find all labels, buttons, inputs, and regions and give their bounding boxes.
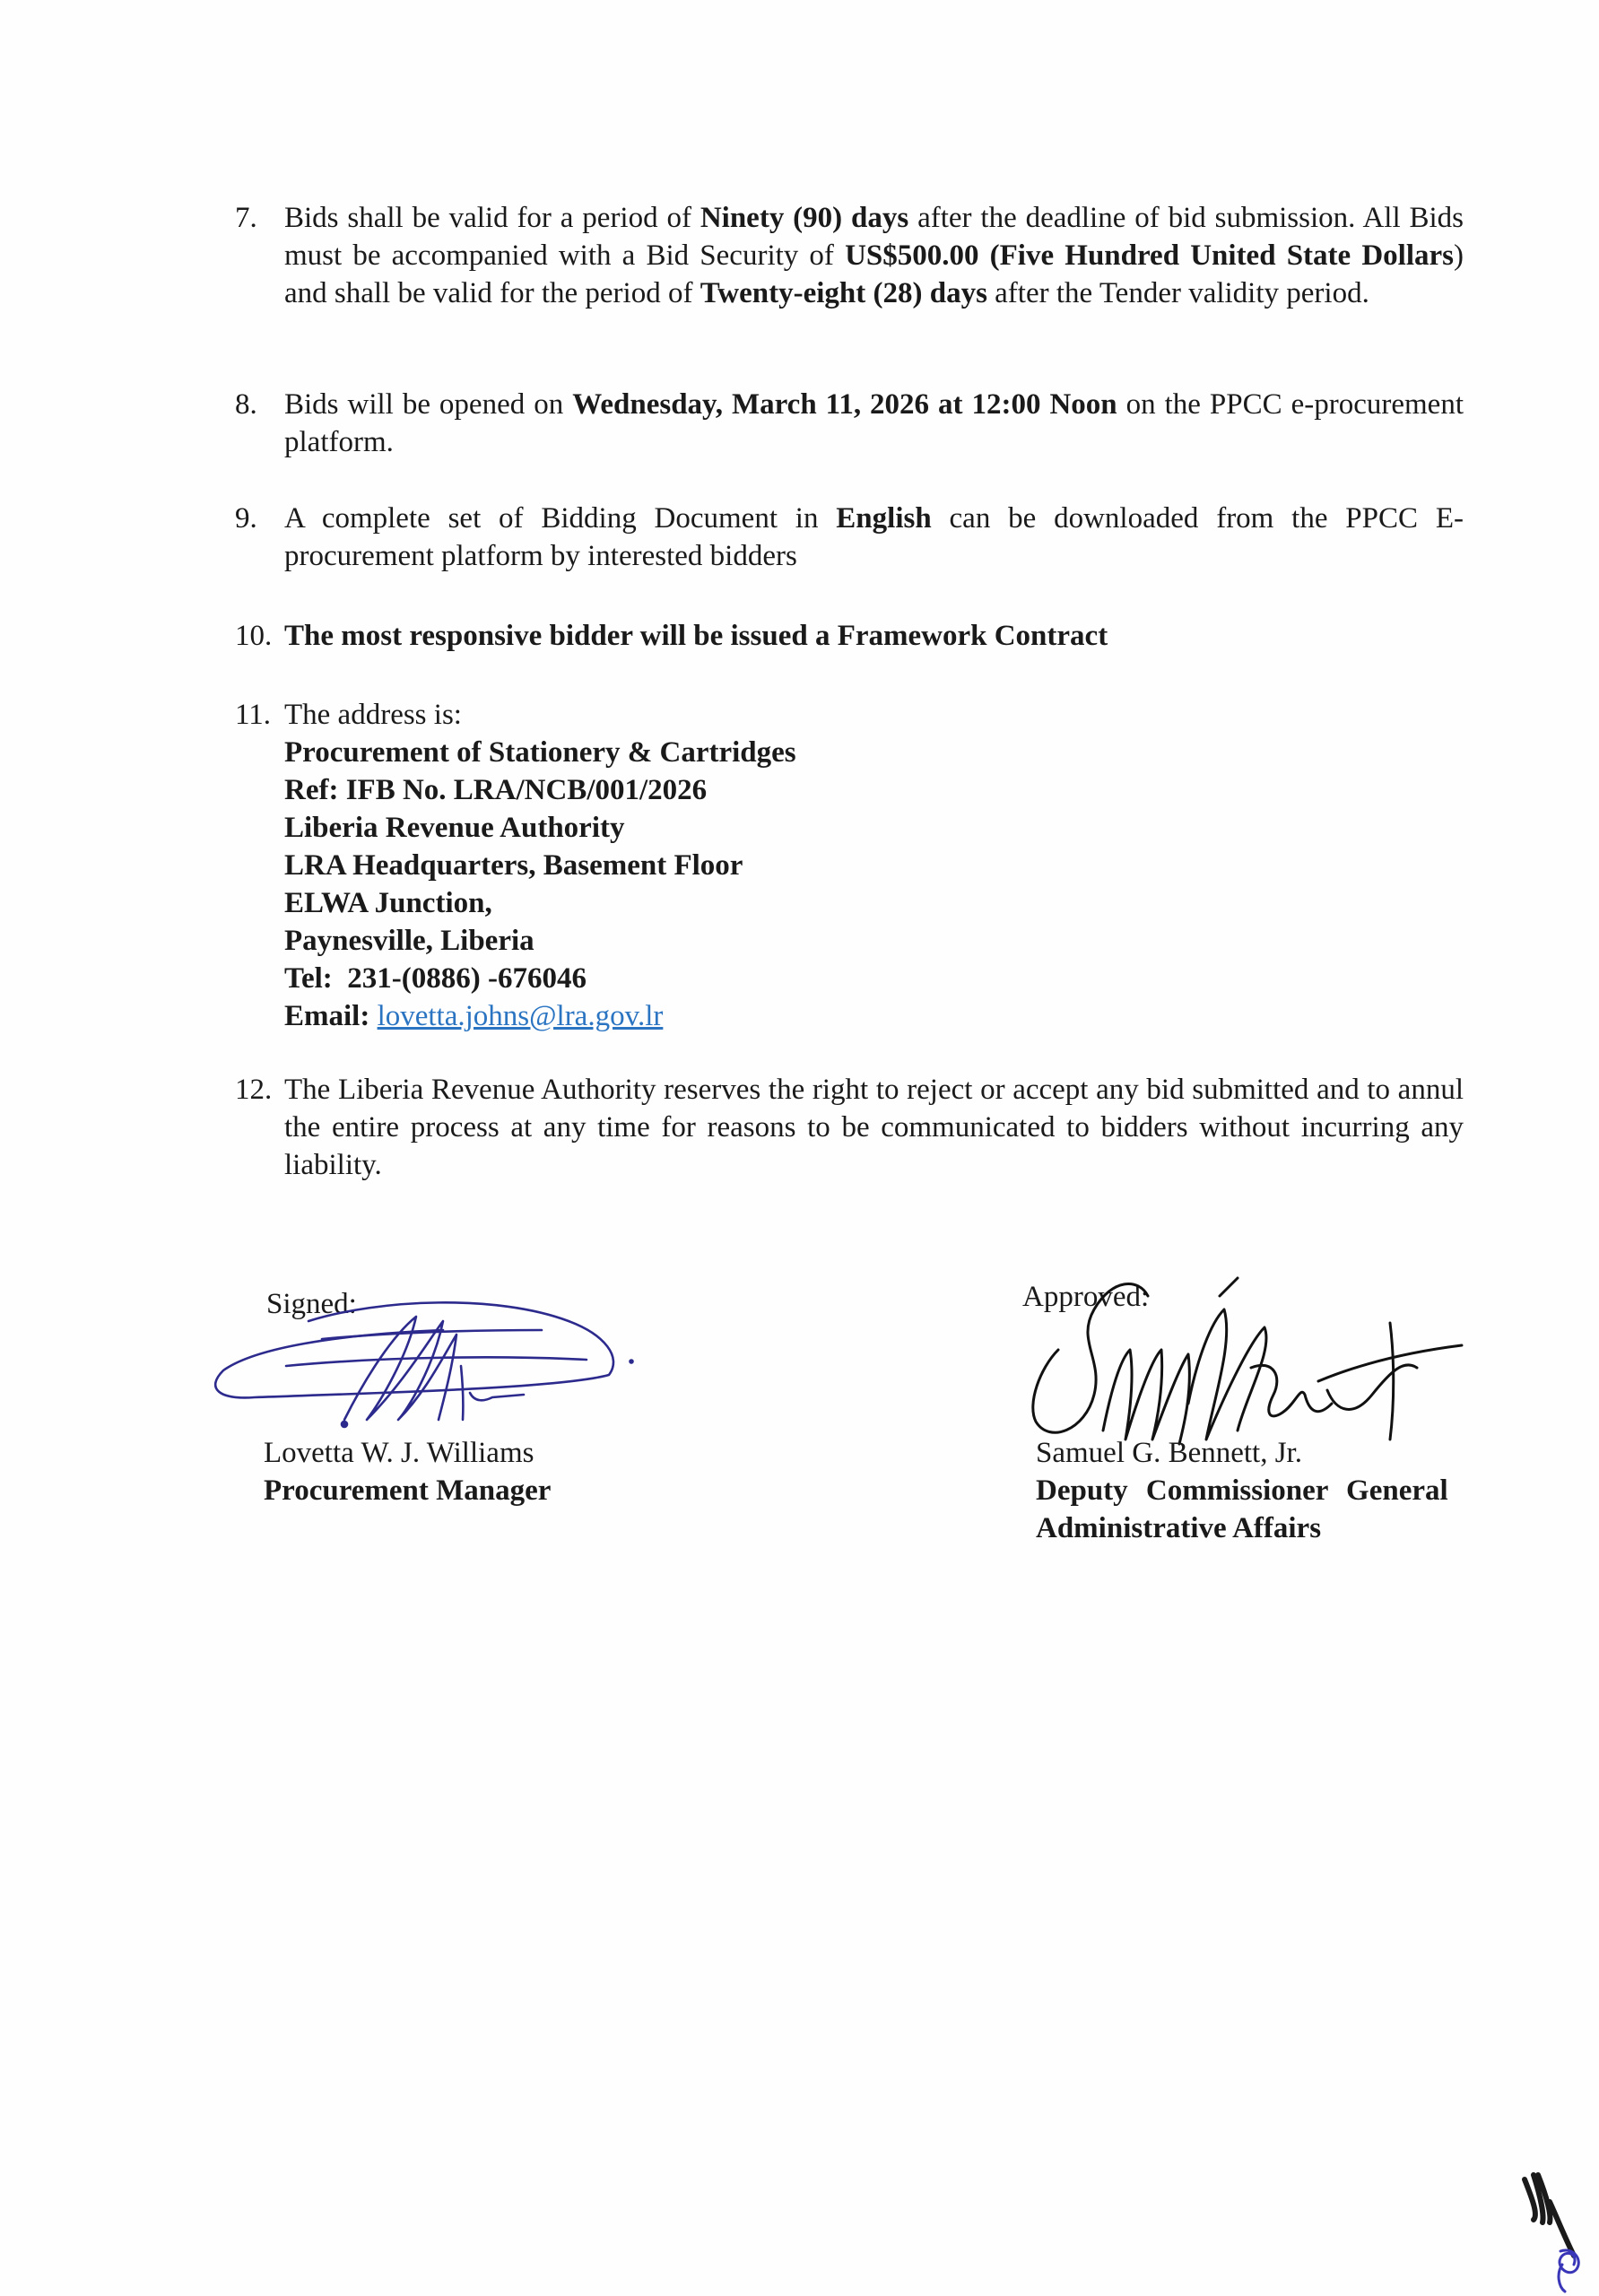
address-block: Procurement of Stationery & Cartridges R… [284, 734, 1464, 1035]
item-body: The most responsive bidder will be issue… [284, 617, 1464, 655]
page-initials-mark [1507, 2152, 1596, 2296]
emphasized-text: Wednesday, March 11, 2026 at 12:00 Noon [572, 388, 1117, 421]
signer-department: Administrative Affairs [1036, 1509, 1321, 1547]
body-text: The Liberia Revenue Authority reserves t… [284, 1074, 1464, 1181]
address-line: LRA Headquarters, Basement Floor [284, 847, 1464, 884]
document-page: 7. Bids shall be valid for a period of N… [0, 0, 1599, 2296]
item-number: 9. [235, 500, 284, 537]
emphasized-text: US$500.00 (Five Hundred United State Dol… [845, 239, 1454, 272]
item-number: 12. [235, 1071, 284, 1109]
list-item-10: 10. The most responsive bidder will be i… [235, 617, 1464, 655]
signer-title: Deputy Commissioner General [1036, 1472, 1448, 1509]
address-line: Ref: IFB No. LRA/NCB/001/2026 [284, 771, 1464, 809]
item-body: A complete set of Bidding Document in En… [284, 500, 1464, 575]
emphasized-text: Ninety (90) days [700, 202, 908, 234]
item-number: 7. [235, 199, 284, 237]
signer-name: Samuel G. Bennett, Jr. [1036, 1434, 1302, 1472]
item-number: 11. [235, 696, 284, 734]
address-line: Tel: 231-(0886) -676046 [284, 960, 1464, 997]
list-item-7: 7. Bids shall be valid for a period of N… [235, 199, 1464, 312]
body-text: after the Tender validity period. [987, 277, 1369, 309]
email-line: Email: lovetta.johns@lra.gov.lr [284, 997, 1464, 1035]
email-link[interactable]: lovetta.johns@lra.gov.lr [378, 1000, 664, 1032]
item-body: Bids shall be valid for a period of Nine… [284, 199, 1464, 312]
item-number: 10. [235, 617, 284, 655]
signer-name: Lovetta W. J. Williams [264, 1434, 534, 1472]
signed-label: Signed: [266, 1285, 357, 1323]
list-item-8: 8. Bids will be opened on Wednesday, Mar… [235, 386, 1464, 461]
emphasized-text: The most responsive bidder will be issue… [284, 620, 1108, 652]
email-label: Email: [284, 1000, 378, 1032]
item-number: 8. [235, 386, 284, 423]
list-item-12: 12. The Liberia Revenue Authority reserv… [235, 1071, 1464, 1184]
body-text: Bids will be opened on [284, 388, 572, 421]
item-body: The Liberia Revenue Authority reserves t… [284, 1071, 1464, 1184]
body-text: Bids shall be valid for a period of [284, 202, 700, 234]
address-line: Procurement of Stationery & Cartridges [284, 734, 1464, 771]
signature-block-approved: Approved: Samuel G. Bennett, Jr. Deputy … [1022, 1278, 1525, 1547]
address-line: Paynesville, Liberia [284, 922, 1464, 960]
emphasized-text: Twenty-eight (28) days [700, 277, 987, 309]
list-item-9: 9. A complete set of Bidding Document in… [235, 500, 1464, 575]
address-line: Liberia Revenue Authority [284, 809, 1464, 847]
emphasized-text: English [836, 502, 931, 535]
body-text: A complete set of Bidding Document in [284, 502, 836, 535]
item-body: Bids will be opened on Wednesday, March … [284, 386, 1464, 461]
approved-label: Approved: [1022, 1278, 1149, 1316]
list-item-11-address: 11. The address is: Procurement of Stati… [235, 696, 1464, 1035]
address-intro: The address is: [284, 696, 1464, 734]
signature-block-signed: Signed: Lovetta W. J. Williams Procureme… [264, 1285, 802, 1518]
signer-title: Procurement Manager [264, 1472, 551, 1509]
address-line: ELWA Junction, [284, 884, 1464, 922]
